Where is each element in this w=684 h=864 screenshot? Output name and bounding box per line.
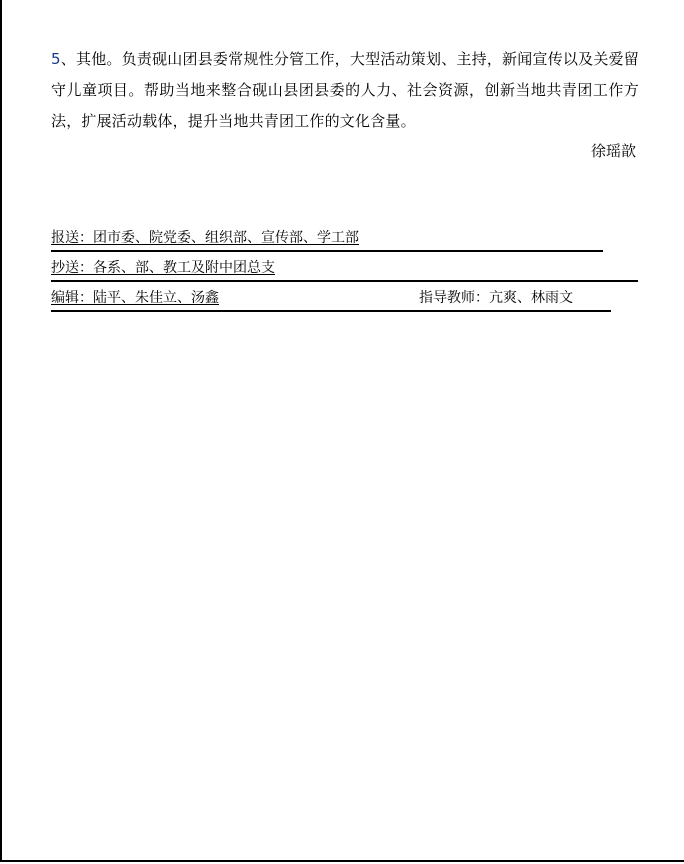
report-to-line: 报送：团市委、院党委、组织部、宣传部、学工部 xyxy=(51,228,603,252)
advisors-text: 指导教师：亢爽、林雨文 xyxy=(419,288,573,308)
copy-to-text: 抄送：各系、部、教工及附中团总支 xyxy=(51,260,275,276)
report-to-text: 报送：团市委、院党委、组织部、宣传部、学工部 xyxy=(51,230,359,246)
copy-to-line: 抄送：各系、部、教工及附中团总支 xyxy=(51,258,638,282)
editors-line: 编辑：陆平、朱佳立、汤鑫 指导教师：亢爽、林雨文 xyxy=(51,288,611,312)
paragraph-number: 5 xyxy=(51,50,61,68)
paragraph-text: 、其他。负责砚山团县委常规性分管工作，大型活动策划、主持，新闻宣传以及关爱留守儿… xyxy=(51,50,639,130)
paragraph-other-duties: 5、其他。负责砚山团县委常规性分管工作，大型活动策划、主持，新闻宣传以及关爱留守… xyxy=(51,44,639,137)
document-page: 5、其他。负责砚山团县委常规性分管工作，大型活动策划、主持，新闻宣传以及关爱留守… xyxy=(0,0,684,862)
author-signature: 徐瑶歆 xyxy=(591,136,636,167)
editors-text: 编辑：陆平、朱佳立、汤鑫 xyxy=(51,290,219,306)
